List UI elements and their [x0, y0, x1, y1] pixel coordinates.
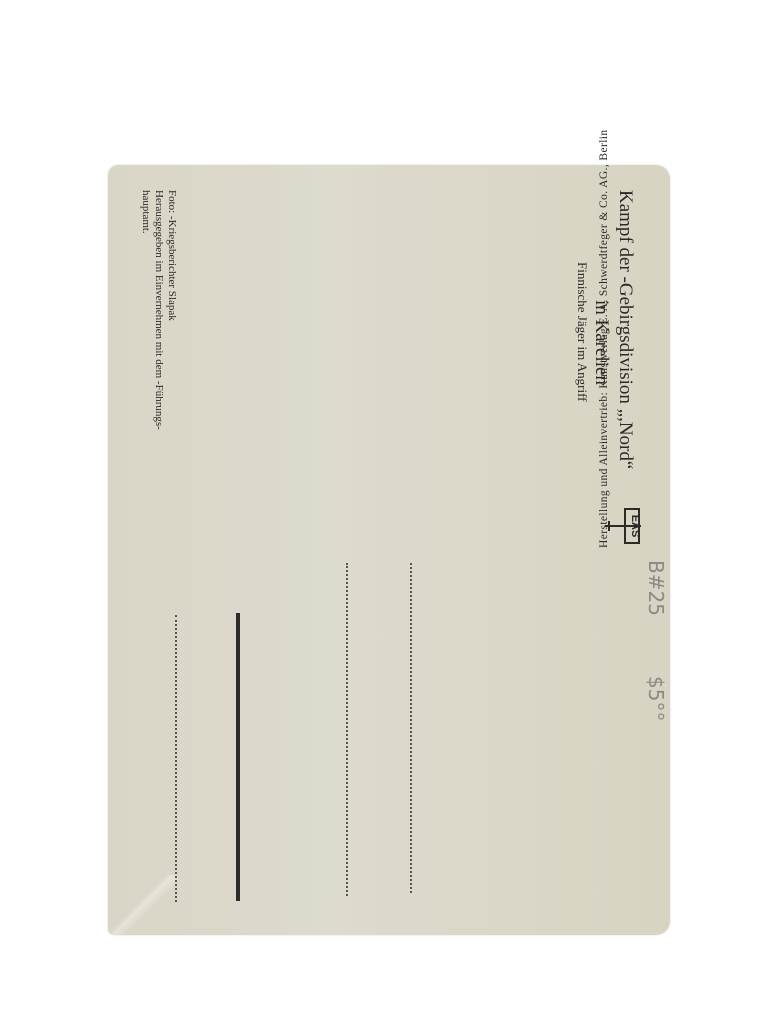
address-line-3 [175, 615, 177, 902]
handwritten-stock-number: B#25 [644, 560, 668, 616]
photo-credit: Foto: -Kriegsberichter Slapak Herausgege… [139, 190, 178, 430]
credit-line-3: hauptamt. [139, 190, 152, 430]
postcard-caption: Finnische Jäger im Angriff [574, 262, 590, 402]
credit-line-2: Herausgegeben im Einvernehmen mit dem -F… [152, 190, 165, 430]
address-line-1 [410, 563, 412, 893]
postcard-title: Kampf der -Gebirgsdivision „,Nord“ [614, 190, 636, 469]
corner-crease [108, 875, 178, 935]
publisher-line: Herstellung und Alleinvertrieb: Kunstver… [598, 129, 610, 548]
credit-line-1: Foto: -Kriegsberichter Slapak [165, 190, 178, 430]
handwritten-price: $5°° [644, 676, 668, 721]
divider-line [236, 613, 240, 901]
address-line-2 [346, 563, 348, 896]
